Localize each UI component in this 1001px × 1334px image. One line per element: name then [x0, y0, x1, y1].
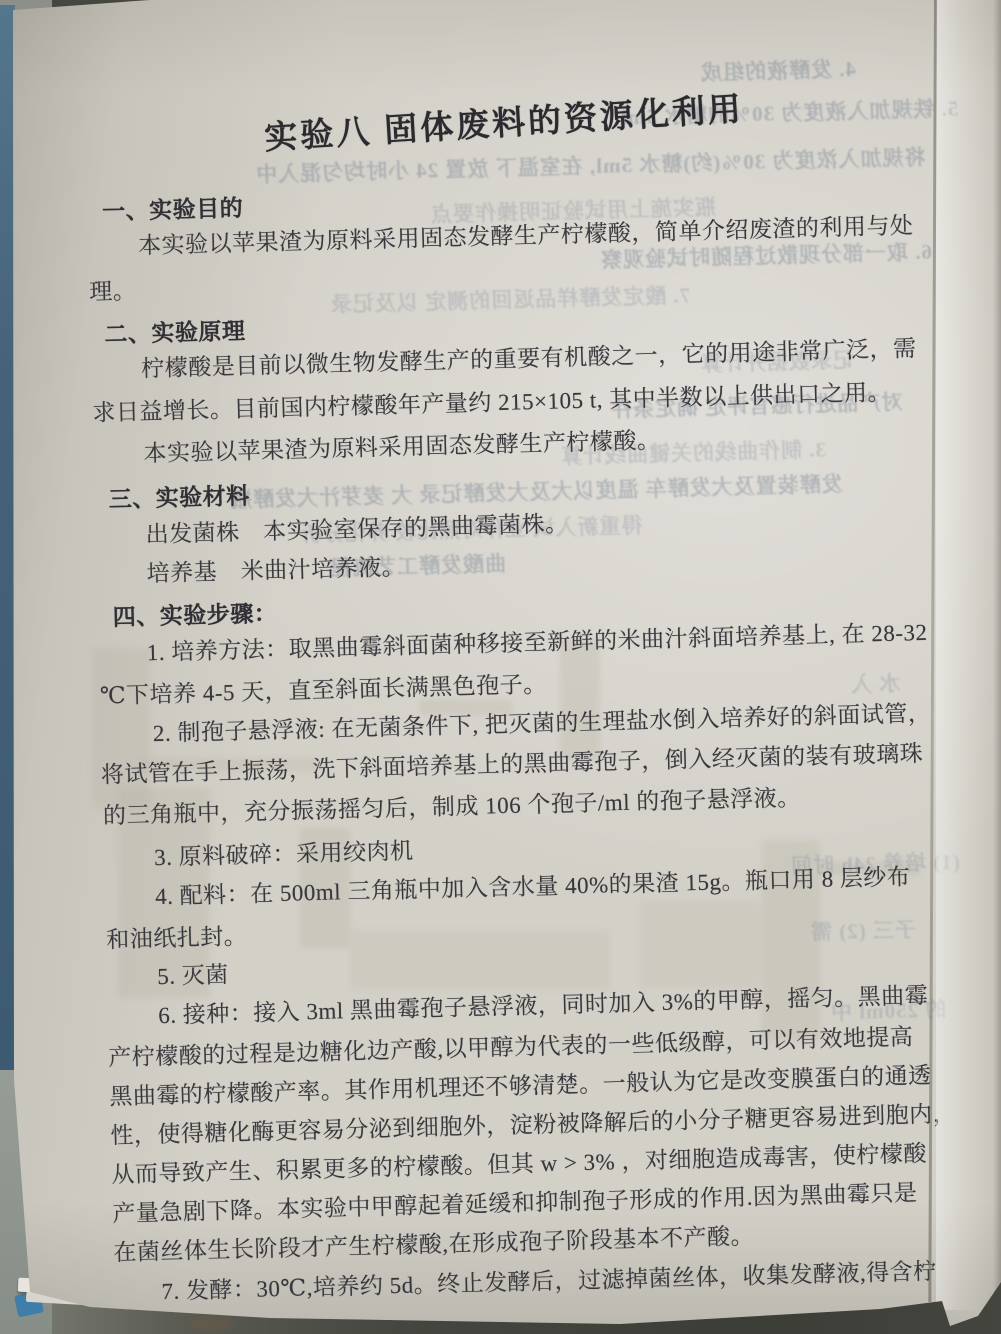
paper-page: 4. 发酵液的组成5. 铁规加入液度为 30%的糖水 5ml将规加入浓度为 30…: [0, 0, 1001, 1334]
text-line: 二、实验原理: [104, 313, 246, 350]
photo-scene: 4. 发酵液的组成5. 铁规加入液度为 30%的糖水 5ml将规加入浓度为 30…: [0, 0, 1001, 1334]
text-line: 3. 原料破碎：采用绞肉机: [154, 832, 414, 872]
text-line: 一、实验目的: [102, 190, 244, 227]
text-line: 的三角瓶中，充分振荡摇匀后，制成 106 个孢子/ml 的孢子悬浮液。: [103, 779, 802, 830]
book-cover-edge: [0, 5, 15, 1070]
stain-smudge: [188, 1317, 234, 1330]
text-line: 5. 灭菌: [157, 956, 229, 991]
page-content: 实验八 固体废料的资源化利用 一、实验目的本实验以苹果渣为原料采用固态发酵生产柠…: [0, 0, 1001, 1334]
text-line: 四、实验步骤：: [112, 595, 277, 632]
text-line: ℃下培养 4-5 天，直至斜面长满黑色孢子。: [99, 666, 547, 711]
text-line: 培养基 米曲汁培养液。: [146, 548, 405, 588]
text-line: 出发菌株 本实验室保存的黑曲霉菌株。: [145, 505, 569, 549]
text-line: 理。: [89, 272, 137, 306]
page-title: 实验八 固体废料的资源化利用: [263, 83, 745, 159]
text-line: 本实验以苹果渣为原料采用固态发酵生产柠檬酸。: [143, 422, 661, 469]
text-lines: 一、实验目的本实验以苹果渣为原料采用固态发酵生产柠檬酸，简单介绍废渣的利用与处理…: [0, 0, 982, 3]
text-line: 和油纸扎封。: [106, 918, 248, 955]
text-line: 求日益增长。目前国内柠檬酸年产量约 215×105 t, 其中半数以上供出口之用…: [92, 374, 891, 428]
text-line: 本实验以苹果渣为原料采用固态发酵生产柠檬酸，简单介绍废渣的利用与处: [138, 207, 914, 260]
text-line: 三、实验材料: [108, 478, 250, 515]
